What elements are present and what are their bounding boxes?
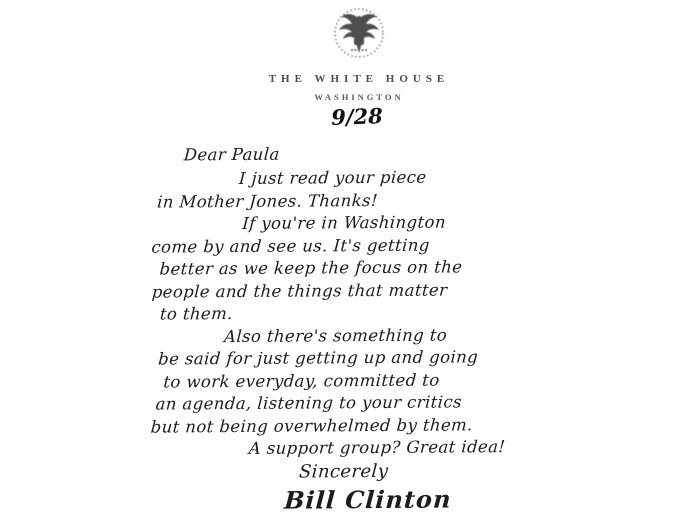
letter-body: Dear Paula I just read your piece in Mot… <box>147 139 610 517</box>
letter-page: THE WHITE HOUSE WASHINGTON 9/28 Dear Pau… <box>0 0 700 525</box>
body-line: A support group? Great idea! <box>248 435 609 460</box>
signature: Bill Clinton <box>283 482 610 516</box>
presidential-seal-icon <box>323 6 395 62</box>
closing-line: Sincerely <box>298 458 610 484</box>
body-line: I just read your piece <box>238 165 607 190</box>
letterhead-title: THE WHITE HOUSE <box>9 73 700 85</box>
body-line: an agenda, listening to your critics <box>155 390 609 416</box>
body-line: be said for just getting up and going <box>158 345 609 371</box>
body-line: in Mother Jones. Thanks! <box>156 188 607 214</box>
body-line: better as we keep the focus on the <box>159 255 608 281</box>
body-line: If you're in Washington <box>242 210 608 235</box>
body-line: Also there's something to <box>223 323 608 348</box>
body-line: to them. <box>159 300 608 326</box>
body-line: people and the things that matter <box>151 278 608 304</box>
body-line: but not being overwhelmed by them. <box>150 413 609 439</box>
salutation-line: Dear Paula <box>183 139 608 168</box>
letterhead: THE WHITE HOUSE WASHINGTON 9/28 <box>9 6 700 129</box>
body-line: to work everyday, committed to <box>163 368 609 394</box>
body-line: come by and see us. It's getting <box>151 233 608 259</box>
